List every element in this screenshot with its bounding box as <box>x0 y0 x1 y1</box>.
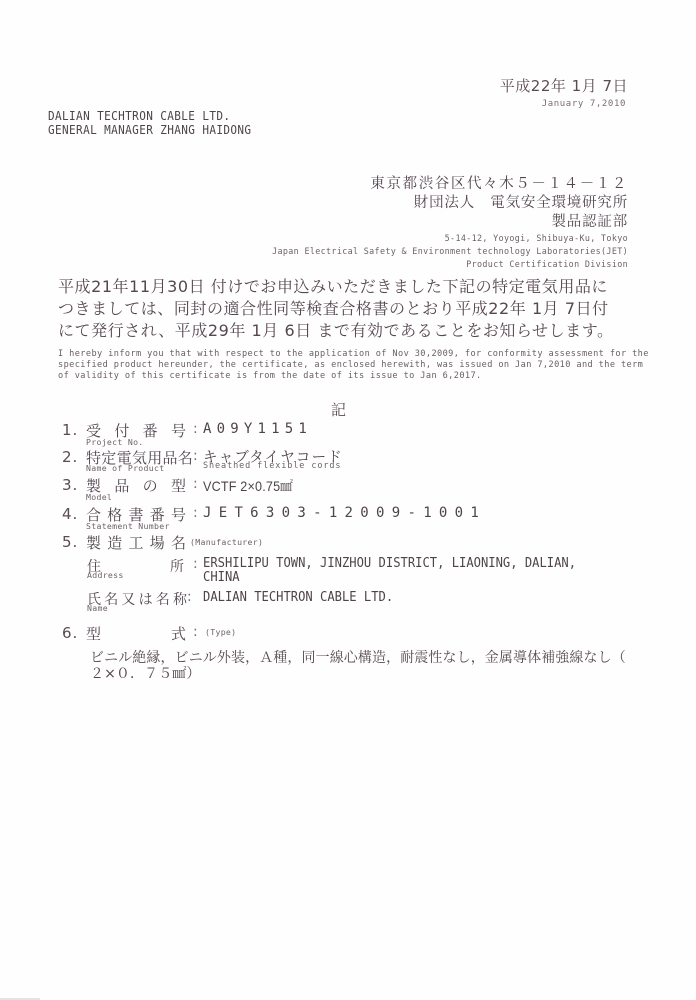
type-description: ビニル絶縁，ビニル外装，Ａ種，同一線心構造，耐震性なし，金属導体補強線なし（ ２… <box>90 650 626 682</box>
sender-address-en: 5-14-12, Yoyogi, Shibuya-Ku, Tokyo <box>445 233 628 243</box>
item-number: 1. <box>62 421 78 439</box>
item-label: 製 造 工 場 名 <box>86 532 186 553</box>
recipient-block: DALIAN TECHTRON CABLE LTD. GENERAL MANAG… <box>48 110 251 137</box>
project-number-value: A09Y1151 <box>203 421 312 437</box>
sender-org-jp: 財団法人 電気安全環境研究所 <box>414 191 628 212</box>
recipient-person: GENERAL MANAGER ZHANG HAIDONG <box>48 124 251 138</box>
recipient-company: DALIAN TECHTRON CABLE LTD. <box>48 110 251 124</box>
item-label: 型 式 <box>86 623 186 644</box>
notice-line: つきましては、同封の適合性同等検査合格書のとおり平成22年 1月 7日付 <box>58 298 658 320</box>
item-number: 3. <box>62 476 78 494</box>
statement-number-value: JET6303-12009-1001 <box>203 505 486 521</box>
sender-address-jp: 東京都渋谷区代々木５－１４－１２ <box>370 172 628 193</box>
item-colon: : <box>193 556 198 572</box>
item-colon: : <box>187 589 192 605</box>
item-colon: : <box>193 624 198 640</box>
item-number: 6. <box>62 624 78 642</box>
item-label-en: Project No. <box>86 437 144 447</box>
item-label-en: Model <box>86 492 112 502</box>
date-english: January 7,2010 <box>542 99 626 109</box>
notice-paragraph-jp: 平成21年11月30日 付けでお申込みいただきました下記の特定電気用品に つきま… <box>58 276 658 342</box>
notice-line: 平成21年11月30日 付けでお申込みいただきました下記の特定電気用品に <box>58 276 658 298</box>
model-value: VCTF 2×0.75㎟ <box>203 476 293 496</box>
ki-heading: 記 <box>331 399 346 420</box>
notice-line-en: I hereby inform you that with respect to… <box>58 349 649 360</box>
date-japanese: 平成22年 1月 7日 <box>500 75 628 96</box>
address-label-en: Address <box>87 570 124 580</box>
sender-division-jp: 製品認証部 <box>552 210 629 231</box>
item-number: 5. <box>62 533 78 551</box>
product-name-en: Sheathed flexible cords <box>203 461 341 471</box>
notice-line-en: of validity of this certificate is from … <box>58 371 649 382</box>
notice-line-en: specified product hereunder, the certifi… <box>58 360 649 371</box>
item-label-en: Name of Product <box>86 463 164 473</box>
notice-line: にて発行され、平成29年 1月 6日 まで有効であることをお知らせします。 <box>58 320 658 342</box>
address-value: ERSHILIPU TOWN, JINZHOU DISTRICT, LIAONI… <box>203 556 576 584</box>
item-number: 4. <box>62 505 78 523</box>
item-number: 2. <box>62 448 78 466</box>
sender-division-en: Product Certification Division <box>466 259 628 269</box>
item-colon: : <box>193 421 198 437</box>
item-label-note: (Type) <box>205 627 236 637</box>
name-label-en: Name <box>87 603 108 613</box>
sender-org-en: Japan Electrical Safety & Environment te… <box>272 246 628 256</box>
item-label-note: (Manufacturer) <box>190 537 263 547</box>
certificate-notice-page: 平成22年 1月 7日 January 7,2010 DALIAN TECHTR… <box>0 0 696 1000</box>
item-colon: : <box>193 448 198 464</box>
item-label-en: Statement Number <box>86 521 170 531</box>
item-colon: : <box>193 505 198 521</box>
manufacturer-name-value: DALIAN TECHTRON CABLE LTD. <box>203 589 393 605</box>
notice-paragraph-en: I hereby inform you that with respect to… <box>58 349 649 382</box>
item-colon: : <box>193 476 198 492</box>
